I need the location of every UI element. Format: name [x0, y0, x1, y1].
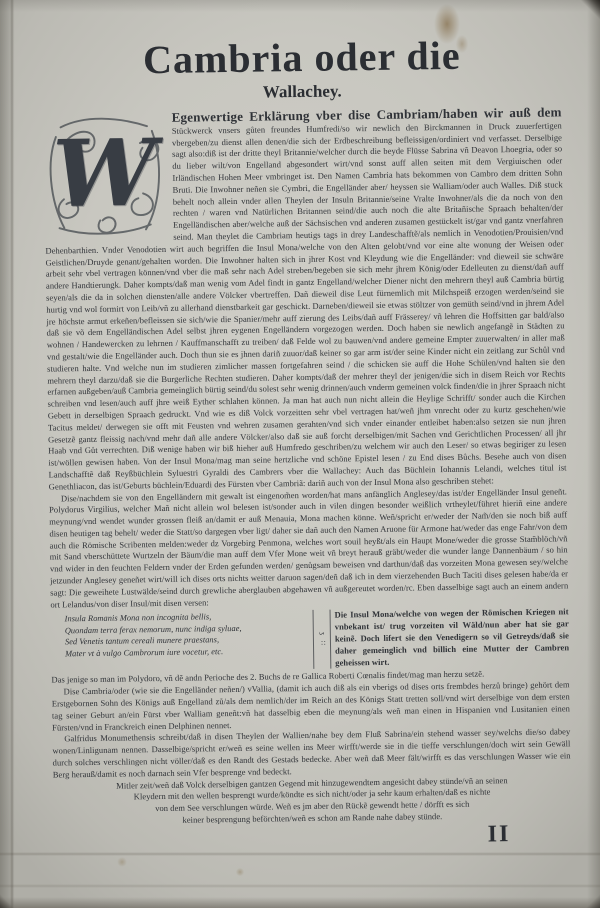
paragraph-mona: Dise/nachdem sie von den Engelländern mi… [49, 486, 569, 611]
divider-marks: ʒ ∷ [316, 632, 328, 647]
book-page-photo: Cambria oder die Wallachey. [0, 0, 600, 908]
page-content: Cambria oder die Wallachey. [0, 0, 600, 908]
main-text-block: W Egenwertige Erklärung vber dise Cambri… [44, 106, 572, 828]
opening-paragraph: W Egenwertige Erklärung vber dise Cambri… [44, 106, 567, 493]
ornate-initial: W [44, 114, 166, 236]
latin-verse: Insula Romanis Mona non incognita bellis… [65, 610, 310, 672]
column-divider: ʒ ∷ [313, 610, 332, 669]
paragraph-galfridus: Galfridus Monumethensis schreibt/daß in … [52, 727, 571, 781]
paragraph-cambria: Dise Cambria/oder (wie sie die Engelländ… [52, 680, 571, 734]
dropcap-letter: W [53, 168, 157, 181]
tapered-ending: Mitler zeit/weñ daß Volck derselbigen ga… [53, 774, 572, 828]
signature-mark: II [487, 821, 510, 848]
latin-verse-line: Mater vt à vulgo Cambrorum iure vocetur,… [65, 645, 309, 660]
german-verse-translation: Die Insul Mona/welche von wegen der Römi… [335, 607, 570, 669]
verse-block: Insula Romanis Mona non incognita bellis… [65, 607, 570, 673]
page-title: Cambria oder die [43, 32, 562, 83]
